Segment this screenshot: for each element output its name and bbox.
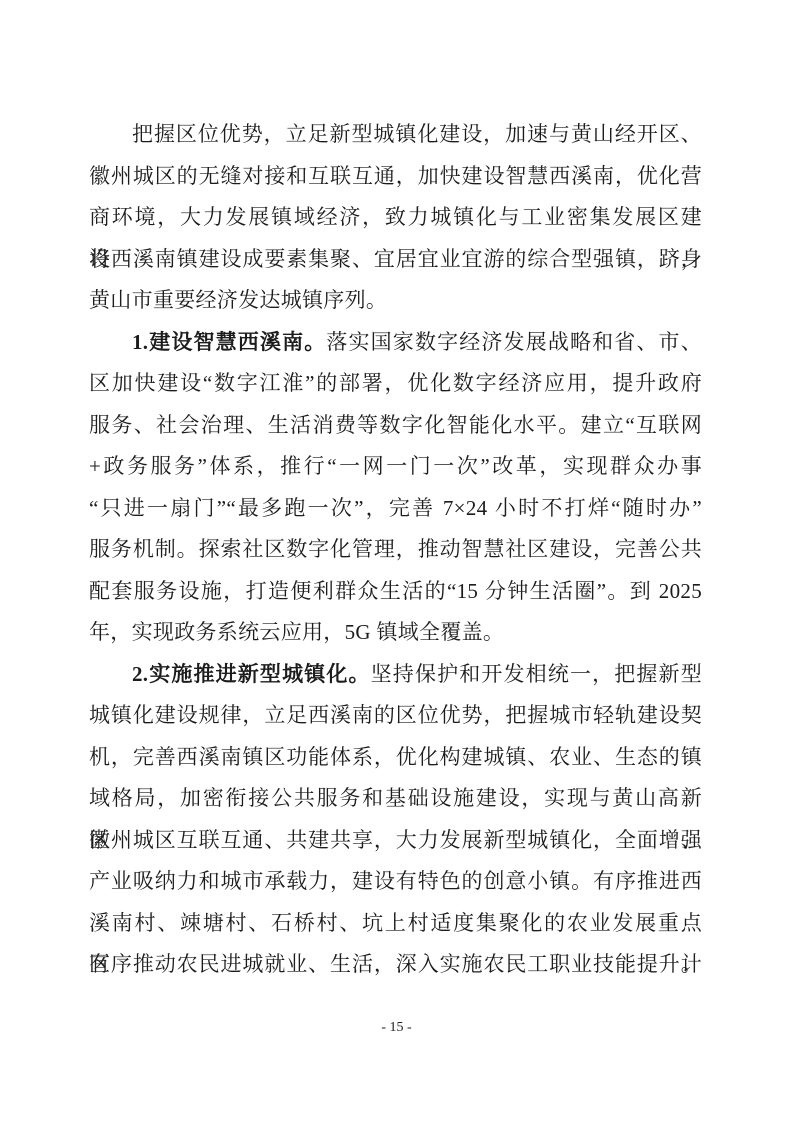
item-2-lead-text: 坚持保护和开发相统一，把握新型	[371, 662, 702, 686]
text-line: 产业吸纳力和城市承载力，建设有特色的创意小镇。有序推进西	[89, 861, 702, 903]
text-line: 服务、社会治理、生活消费等数字化智能化水平。建立“互联网	[89, 405, 702, 447]
text-line: 区加快建设“数字江淮”的部署，优化数字经济应用，提升政府	[89, 363, 702, 405]
text-line: 机，完善西溪南镇区功能体系，优化构建城镇、农业、生态的镇	[89, 737, 702, 779]
text-line: “只进一扇门”“最多跑一次”，完善 7×24 小时不打烊“随时办”	[89, 488, 702, 530]
page-number: - 15 -	[0, 1018, 793, 1038]
text-line: 配套服务设施，打造便利群众生活的“15 分钟生活圈”。到 2025	[89, 571, 702, 613]
text-line: 将西溪南镇建设成要素集聚、宜居宜业宜游的综合型强镇，跻身	[89, 239, 702, 281]
document-page: 把握区位优势，立足新型城镇化建设，加速与黄山经开区、 徽州城区的无缝对接和互联互…	[0, 0, 793, 1122]
text-line: 徽州城区互联互通、共建共享，大力发展新型城镇化，全面增强	[89, 820, 702, 862]
text-line: 年，实现政务系统云应用，5G 镇域全覆盖。	[89, 612, 702, 654]
text-line: +政务服务”体系，推行“一网一门一次”改革，实现群众办事	[89, 446, 702, 488]
text-line: 服务机制。探索社区数字化管理，推动智慧社区建设，完善公共	[89, 529, 702, 571]
text-line: 黄山市重要经济发达城镇序列。	[89, 280, 702, 322]
text-line: 2.实施推进新型城镇化。坚持保护和开发相统一，把握新型	[89, 654, 702, 696]
text-line: 1.建设智慧西溪南。落实国家数字经济发展战略和省、市、	[89, 322, 702, 364]
text-line: 有序推动农民进城就业、生活，深入实施农民工职业技能提升计	[89, 944, 702, 986]
item-1-lead-text: 落实国家数字经济发展战略和省、市、	[326, 330, 702, 354]
text-line: 域格局，加密衔接公共服务和基础设施建设，实现与黄山高新区、	[89, 778, 702, 820]
item-2-heading: 2.实施推进新型城镇化。	[132, 662, 371, 686]
document-body: 把握区位优势，立足新型城镇化建设，加速与黄山经开区、 徽州城区的无缝对接和互联互…	[89, 114, 702, 986]
item-1-heading: 1.建设智慧西溪南。	[132, 330, 326, 354]
text-line: 徽州城区的无缝对接和互联互通，加快建设智慧西溪南，优化营	[89, 156, 702, 198]
text-line: 城镇化建设规律，立足西溪南的区位优势，把握城市轻轨建设契	[89, 695, 702, 737]
text-line: 商环境，大力发展镇域经济，致力城镇化与工业密集发展区建设，	[89, 197, 702, 239]
text-line: 溪南村、竦塘村、石桥村、坑上村适度集聚化的农业发展重点区。	[89, 903, 702, 945]
text-line: 把握区位优势，立足新型城镇化建设，加速与黄山经开区、	[89, 114, 702, 156]
